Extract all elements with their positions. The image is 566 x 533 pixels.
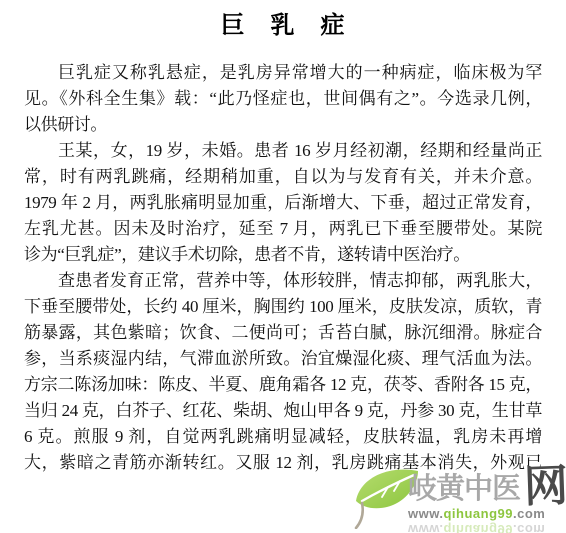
text-line: 下垂至腰带处，长约 40 厘米，胸围约 100 厘米，皮肤发凉，质软，青: [24, 294, 542, 320]
text-line: 常，时有两乳跳痛，经期稍加重，自以为与发育有关，并未介意。: [24, 164, 542, 190]
paragraph-examination-treatment: 查患者发育正常，营养中等，体形较胖，情志抑郁，两乳胀大， 下垂至腰带处，长约 4…: [24, 268, 542, 476]
page-body: 巨乳症又称乳悬症，是乳房异常增大的一种病症，临床极为罕 见。《外科全生集》载：“…: [24, 60, 542, 476]
watermark-site-name: 岐黄中医: [408, 471, 520, 507]
url-domain: qihuang99: [443, 506, 513, 521]
page-title: 巨 乳 症: [0, 0, 566, 42]
text-line: 左乳尤甚。因未及时治疗，延至 7 月，两乳已下垂至腰带处。某院: [24, 216, 542, 242]
text-line: 巨乳症又称乳悬症，是乳房异常增大的一种病症，临床极为罕: [24, 60, 542, 86]
watermark-site-name-row: 岐黄中医 网: [408, 469, 566, 507]
text-line: 诊为“巨乳症”，建议手术切除，患者不肯，遂转请中医治疗。: [24, 242, 542, 268]
text-line: 1979 年 2 月，两乳胀痛明显加重，后渐增大、下垂，超过正常发育，: [24, 190, 542, 216]
watermark-logo: 岐黄中医 网 www.qihuang99.com www.qihuang99.c…: [352, 465, 566, 533]
watermark-net-character: 网: [523, 466, 566, 508]
paragraph-intro: 巨乳症又称乳悬症，是乳房异常增大的一种病症，临床极为罕 见。《外科全生集》载：“…: [24, 60, 542, 138]
text-line: 6 克。煎服 9 剂，自觉两乳跳痛明显减轻，皮肤转温，乳房未再增: [24, 424, 542, 450]
text-line: 参，当系痰湿内结，气滞血淤所致。治宜燥湿化痰、理气活血为法。: [24, 346, 542, 372]
watermark-text: 岐黄中医 网 www.qihuang99.com www.qihuang99.c…: [408, 469, 566, 533]
watermark-url-reflection: www.qihuang99.com: [408, 522, 566, 533]
text-line: 见。《外科全生集》载：“此乃怪症也，世间偶有之”。今选录几例，: [24, 86, 542, 112]
paragraph-case-history: 王某，女，19 岁，未婚。患者 16 岁月经初潮，经期和经量尚正 常，时有两乳跳…: [24, 138, 542, 268]
text-line: 当归 24 克，白芥子、红花、柴胡、炮山甲各 9 克，丹参 30 克，生甘草: [24, 398, 542, 424]
document-page: 巨 乳 症 巨乳症又称乳悬症，是乳房异常增大的一种病症，临床极为罕 见。《外科全…: [0, 0, 566, 533]
url-prefix: www.: [408, 506, 443, 521]
text-line: 王某，女，19 岁，未婚。患者 16 岁月经初潮，经期和经量尚正: [24, 138, 542, 164]
text-line: 查患者发育正常，营养中等，体形较胖，情志抑郁，两乳胀大，: [24, 268, 542, 294]
text-line: 以供研讨。: [24, 112, 542, 138]
text-line: 方宗二陈汤加味：陈皮、半夏、鹿角霜各 12 克，茯苓、香附各 15 克，: [24, 372, 542, 398]
text-line: 筋暴露，其色紫暗；饮食、二便尚可；舌苔白腻，脉沉细滑。脉症合: [24, 320, 542, 346]
